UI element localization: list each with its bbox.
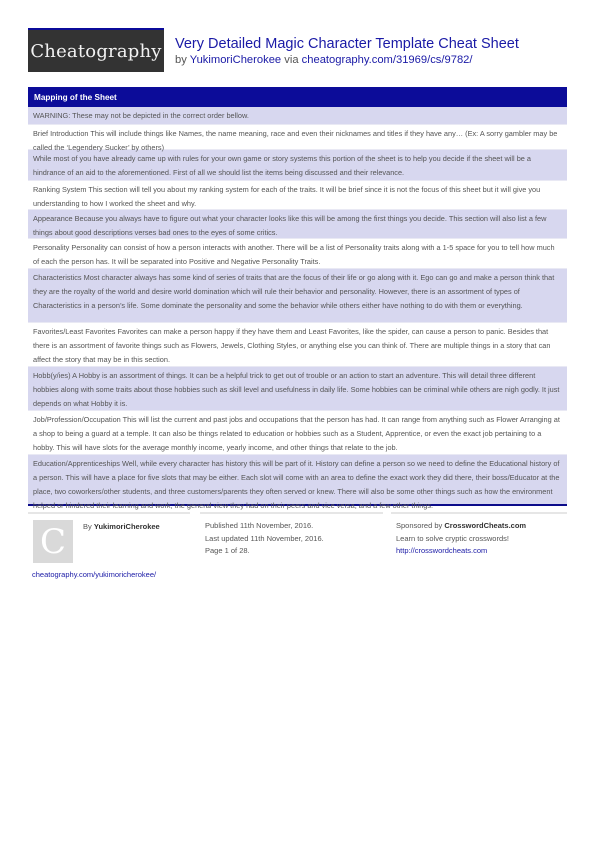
list-item: WARNING: These may not be depicted in th… (28, 107, 567, 125)
by-prefix: By (83, 522, 92, 531)
list-item: Job/Profession/Occupation This will list… (28, 411, 567, 455)
list-item: Favorites/Least Favorites Favorites can … (28, 323, 567, 367)
cheatography-logo[interactable]: Cheatography (28, 28, 164, 72)
footer-author-name[interactable]: YukimoriCherokee (94, 522, 160, 531)
page-title[interactable]: Very Detailed Magic Character Template C… (175, 36, 519, 53)
byline-prefix: by (175, 54, 187, 66)
list-item: Ranking System This section will tell yo… (28, 181, 567, 210)
sheet-url-link[interactable]: cheatography.com/31969/cs/9782/ (302, 54, 473, 66)
footer-author: By YukimoriCherokee (83, 522, 160, 531)
avatar-letter: C (40, 525, 66, 559)
list-item: Education/Apprenticeships Well, while ev… (28, 455, 567, 504)
list-item: Characteristics Most character always ha… (28, 269, 567, 323)
sponsor-tagline: Learn to solve cryptic crosswords! (391, 533, 567, 546)
sponsor-url-link[interactable]: http://crosswordcheats.com (396, 546, 487, 555)
page-count: Page 1 of 28. (200, 545, 383, 558)
list-item: Appearance Because you always have to fi… (28, 210, 567, 239)
list-item: Hobb(y/ies) A Hobby is an assortment of … (28, 367, 567, 411)
footer-meta-column: Published 11th November, 2016. Last upda… (200, 512, 383, 558)
footer-author-column: C By YukimoriCherokee cheatography.com/y… (28, 512, 190, 582)
profile-link[interactable]: cheatography.com/yukimoricherokee/ (32, 570, 156, 579)
byline-via: via (284, 54, 298, 66)
list-item: Personality Personality can consist of h… (28, 239, 567, 269)
logo-text: Cheatography (30, 41, 161, 62)
list-item: Brief Introduction This will include thi… (28, 125, 567, 150)
last-updated-date: Last updated 11th November, 2016. (200, 533, 383, 546)
sponsor-name: CrosswordCheats.com (444, 521, 526, 530)
avatar[interactable]: C (33, 520, 73, 563)
sponsor-line: Sponsored by CrosswordCheats.com (391, 520, 567, 533)
byline: by YukimoriCherokee via cheatography.com… (175, 53, 519, 67)
mapping-section: Mapping of the Sheet WARNING: These may … (28, 87, 567, 506)
footer-sponsor-column: Sponsored by CrosswordCheats.com Learn t… (391, 512, 567, 558)
author-link[interactable]: YukimoriCherokee (190, 54, 281, 66)
list-item: While most of you have already came up w… (28, 150, 567, 181)
section-header: Mapping of the Sheet (28, 87, 567, 107)
published-date: Published 11th November, 2016. (200, 520, 383, 533)
title-block: Very Detailed Magic Character Template C… (175, 36, 519, 67)
sponsor-prefix: Sponsored by (396, 521, 442, 530)
